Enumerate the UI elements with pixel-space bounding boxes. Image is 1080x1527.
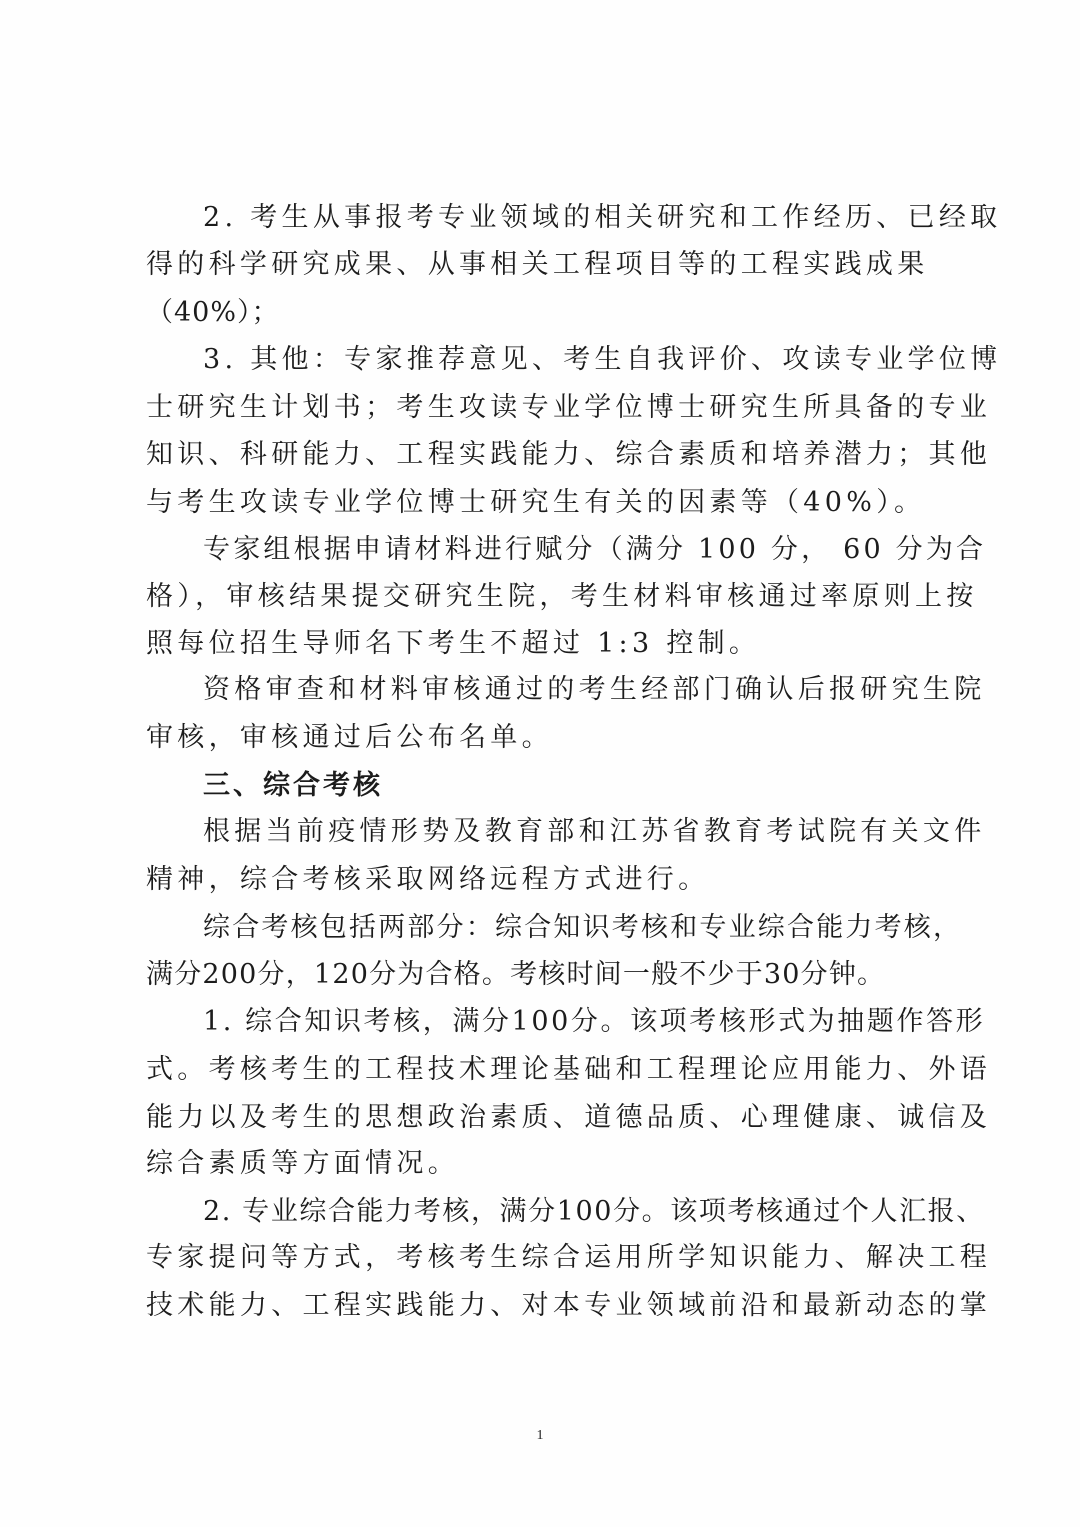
paragraph-line: 能力以及考生的思想政治素质、道德品质、心理健康、诚信及 (146, 1098, 936, 1138)
paragraph-line: 3. 其他：专家推荐意见、考生自我评价、攻读专业学位博 (203, 340, 936, 380)
paragraph-line: 1. 综合知识考核，满分100分。该项考核形式为抽题作答形 (203, 1002, 936, 1042)
paragraph-line: 得的科学研究成果、从事相关工程项目等的工程实践成果 (146, 245, 936, 285)
paragraph-line: 知识、科研能力、工程实践能力、综合素质和培养潜力；其他 (146, 435, 936, 475)
paragraph-line: 根据当前疫情形势及教育部和江苏省教育考试院有关文件 (203, 812, 936, 852)
paragraph-line: 格），审核结果提交研究生院，考生材料审核通过率原则上按 (146, 577, 936, 617)
paragraph-line: 与考生攻读专业学位博士研究生有关的因素等（40%）。 (146, 483, 936, 523)
paragraph-line: 照每位招生导师名下考生不超过 1:3 控制。 (146, 624, 936, 664)
paragraph-line: 2. 考生从事报考专业领域的相关研究和工作经历、已经取 (203, 198, 936, 238)
paragraph-line: 2. 专业综合能力考核，满分100分。该项考核通过个人汇报、 (203, 1192, 936, 1232)
paragraph-line: 专家提问等方式，考核考生综合运用所学知识能力、解决工程 (146, 1238, 936, 1278)
paragraph-line: 审核，审核通过后公布名单。 (146, 718, 936, 758)
document-page: 2. 考生从事报考专业领域的相关研究和工作经历、已经取 得的科学研究成果、从事相… (0, 0, 1080, 1527)
paragraph-line: 技术能力、工程实践能力、对本专业领域前沿和最新动态的掌 (146, 1286, 936, 1326)
paragraph-line: 精神，综合考核采取网络远程方式进行。 (146, 860, 936, 900)
paragraph-line: 士研究生计划书；考生攻读专业学位博士研究生所具备的专业 (146, 388, 936, 428)
section-heading: 三、综合考核 (203, 766, 936, 806)
page-number: 1 (520, 1428, 560, 1444)
paragraph-line: 综合素质等方面情况。 (146, 1144, 936, 1184)
paragraph-line: （40%）； (146, 293, 936, 333)
paragraph-line: 式。考核考生的工程技术理论基础和工程理论应用能力、外语 (146, 1050, 936, 1090)
paragraph-line: 资格审查和材料审核通过的考生经部门确认后报研究生院 (203, 670, 936, 710)
paragraph-line: 专家组根据申请材料进行赋分（满分 100 分， 60 分为合 (203, 530, 936, 570)
paragraph-line: 综合考核包括两部分：综合知识考核和专业综合能力考核， (203, 908, 936, 948)
paragraph-line: 满分200分，120分为合格。考核时间一般不少于30分钟。 (146, 955, 936, 995)
